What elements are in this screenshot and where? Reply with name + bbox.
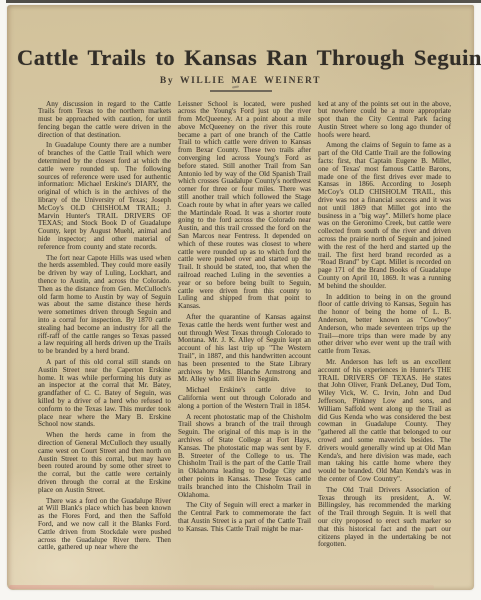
article-column-2: Leissner School is located, were pushed …	[178, 101, 311, 556]
article-paragraph: When the herds came in from the directio…	[38, 432, 171, 494]
newspaper-clipping: Cattle Trails to Kansas Ran Through Segu…	[7, 5, 474, 590]
article-paragraph: Michael Erskine's cattle drive to Califo…	[178, 387, 311, 410]
article-paragraph: The Old Trail Drivers Association of Tex…	[318, 487, 451, 549]
article-paragraph: In addition to being in on the ground fl…	[318, 294, 451, 356]
article-paragraph: Any discussion in regard to the Cattle T…	[38, 101, 171, 140]
article-paragraph: Among the claims of Seguin to fame as a …	[318, 142, 451, 290]
article-paragraph: After the quarantine of Kansas against T…	[178, 314, 311, 384]
article-paragraph: In Guadalupe County there are a number o…	[38, 142, 171, 251]
article-paragraph: Leissner School is located, were pushed …	[178, 101, 311, 312]
article-paragraph: Mr. Anderson has left us an excellent ac…	[318, 359, 451, 484]
article-column-1: Any discussion in regard to the Cattle T…	[38, 101, 171, 556]
article-columns: Any discussion in regard to the Cattle T…	[38, 101, 449, 556]
article-paragraph: ked at any of the points set out in the …	[318, 101, 451, 140]
article-column-3: ked at any of the points set out in the …	[318, 101, 451, 556]
print-smudge	[232, 86, 239, 89]
article-paragraph: The fort near Capote Hills was used when…	[38, 255, 171, 356]
article-paragraph: The City of Seguin will erect a marker i…	[178, 502, 311, 533]
scan-top-edge	[6, 0, 481, 3]
byline-divider	[210, 90, 272, 92]
article-paragraph: A recent photostatic map of the Chisholm…	[178, 414, 311, 500]
article-title: Cattle Trails to Kansas Ran Through Segu…	[17, 45, 464, 71]
article-byline: By WILLIE MAE WEINERT	[7, 76, 474, 86]
article-paragraph: A part of this old corral still stands o…	[38, 359, 171, 429]
article-paragraph: There was a ford on the Guadalupe River …	[38, 498, 171, 553]
